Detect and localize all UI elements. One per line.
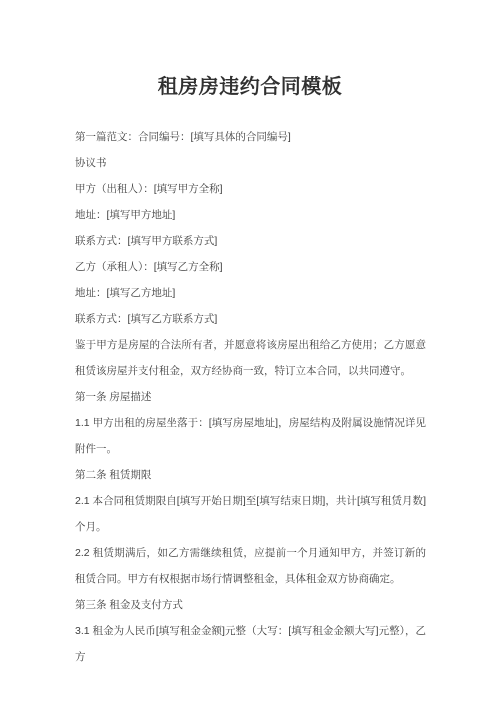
paragraph: 1.1 甲方出租的房屋坐落于：[填写房屋地址]，房屋结构及附属设施情况详见附件一… <box>75 410 426 462</box>
paragraph: 地址：[填写乙方地址] <box>75 280 426 306</box>
paragraph: 联系方式：[填写乙方联系方式] <box>75 306 426 332</box>
document-page: 租房房违约合同模板 第一篇范文：合同编号：[填写具体的合同编号]协议书甲方（出租… <box>0 0 500 707</box>
paragraph: 乙方（承租人）：[填写乙方全称] <box>75 254 426 280</box>
paragraph: 第一篇范文：合同编号：[填写具体的合同编号] <box>75 124 426 150</box>
paragraph: 联系方式：[填写甲方联系方式] <box>75 228 426 254</box>
paragraph: 3.1 租金为人民币[填写租金金额]元整（大写：[填写租金金额大写]元整），乙方 <box>75 618 426 670</box>
document-body: 第一篇范文：合同编号：[填写具体的合同编号]协议书甲方（出租人）：[填写甲方全称… <box>0 124 500 670</box>
document-title: 租房房违约合同模板 <box>0 72 500 102</box>
paragraph: 2.2 租赁期满后，如乙方需继续租赁，应提前一个月通知甲方，并签订新的租赁合同。… <box>75 540 426 592</box>
paragraph: 第三条 租金及支付方式 <box>75 592 426 618</box>
paragraph: 甲方（出租人）：[填写甲方全称] <box>75 176 426 202</box>
paragraph: 第一条 房屋描述 <box>75 384 426 410</box>
paragraph: 鉴于甲方是房屋的合法所有者，并愿意将该房屋出租给乙方使用；乙方愿意租赁该房屋并支… <box>75 332 426 384</box>
paragraph: 协议书 <box>75 150 426 176</box>
paragraph: 第二条 租赁期限 <box>75 462 426 488</box>
paragraph: 地址：[填写甲方地址] <box>75 202 426 228</box>
paragraph: 2.1 本合同租赁期限自[填写开始日期]至[填写结束日期]，共计[填写租赁月数]… <box>75 488 426 540</box>
